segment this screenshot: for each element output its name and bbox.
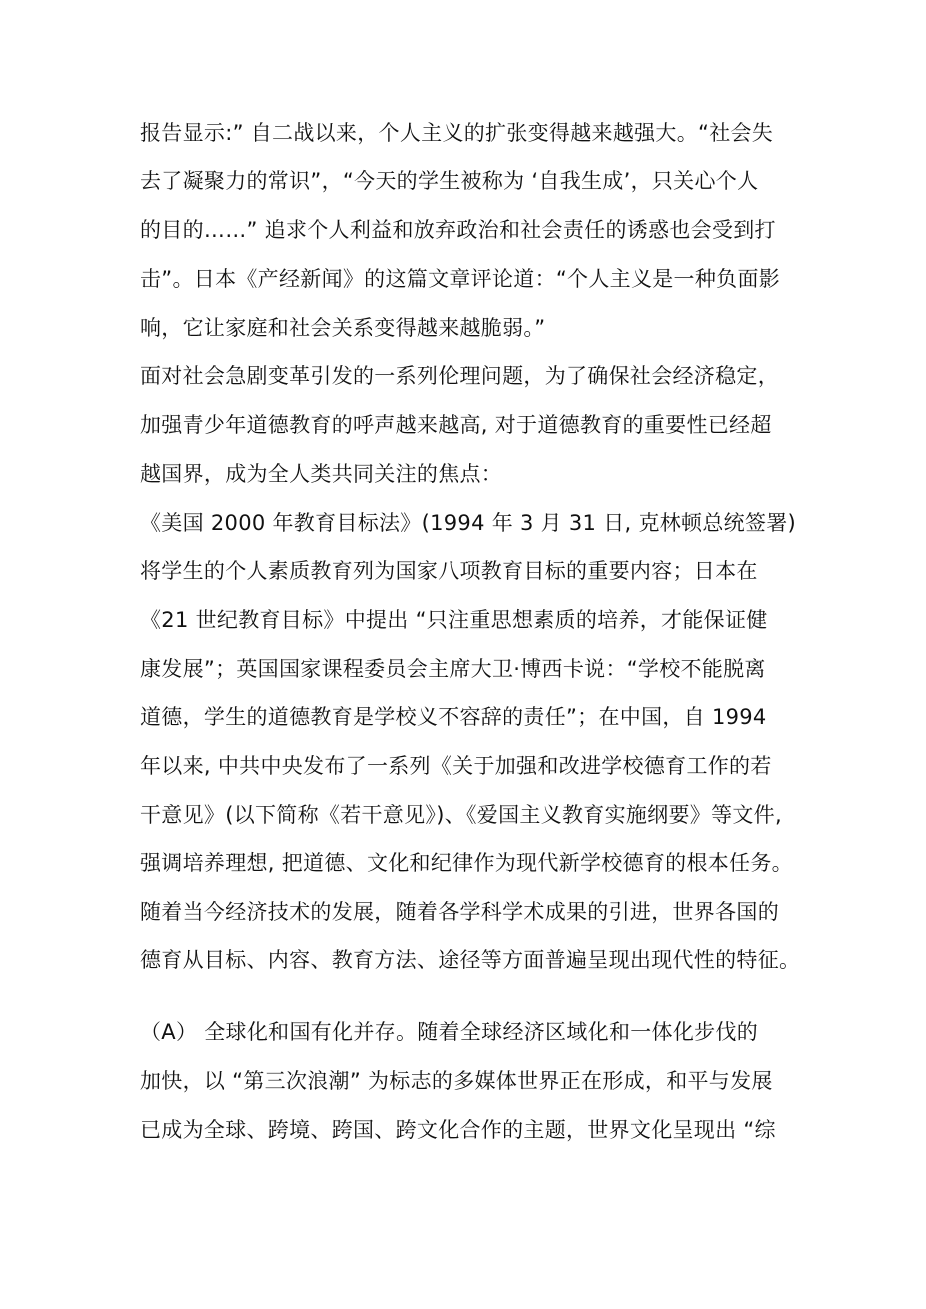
paragraph-line: 击”。日本《产经新闻》的这篇文章评论道：“个人主义是一种负面影: [140, 264, 780, 294]
paragraph-line: 道德，学生的道德教育是学校义不容辞的责任”；在中国，自 1994: [140, 702, 767, 732]
paragraph-line: 德育从目标、内容、教育方法、途径等方面普遍呈现出现代性的特征。: [140, 945, 800, 975]
paragraph-line: 已成为全球、跨境、跨国、跨文化合作的主题，世界文化呈现出 “综: [140, 1115, 776, 1145]
paragraph-line: 《美国 2000 年教育目标法》(1994 年 3 月 31 日, 克林顿总统签…: [140, 508, 796, 538]
paragraph-line: 年以来, 中共中央发布了一系列《关于加强和改进学校德育工作的若: [140, 751, 772, 781]
paragraph-line: 《21 世纪教育目标》中提出 “只注重思想素质的培养，才能保证健: [140, 605, 768, 635]
paragraph-line: 的目的……” 追求个人利益和放弃政治和社会责任的诱惑也会受到打: [140, 215, 776, 245]
paragraph-line: 将学生的个人素质教育列为国家八项教育目标的重要内容；日本在: [140, 556, 758, 586]
paragraph-line: 面对社会急剧变革引发的一系列伦理问题，为了确保社会经济稳定，: [140, 361, 779, 391]
paragraph-line: 报告显示:” 自二战以来，个人主义的扩张变得越来越强大。“社会失: [140, 118, 773, 148]
paragraph-line: 响，它让家庭和社会关系变得越来越脆弱。”: [140, 313, 545, 343]
paragraph-line: 干意见》(以下简称《若干意见》)、《爱国主义教育实施纲要》等文件,: [140, 800, 782, 830]
paragraph-line: 康发展”；英国国家课程委员会主席大卫·博西卡说：“学校不能脱离: [140, 654, 766, 684]
paragraph-line: 强调培养理想, 把道德、文化和纪律作为现代新学校德育的根本任务。: [140, 848, 793, 878]
paragraph-line: 加快，以 “第三次浪潮” 为标志的多媒体世界正在形成，和平与发展: [140, 1066, 773, 1096]
paragraph-line: 加强青少年道德教育的呼声越来越高, 对于道德教育的重要性已经超: [140, 410, 772, 440]
paragraph-line: 去了凝聚力的常识”，“今天的学生被称为 ‘自我生成’，只关心个人: [140, 166, 758, 196]
paragraph-line: 越国界，成为全人类共同关注的焦点：: [140, 459, 502, 489]
section-heading-line: （A） 全球化和国有化并存。随着全球经济区域化和一体化步伐的: [140, 1017, 758, 1047]
paragraph-line: 随着当今经济技术的发展，随着各学科学术成果的引进，世界各国的: [140, 897, 779, 927]
